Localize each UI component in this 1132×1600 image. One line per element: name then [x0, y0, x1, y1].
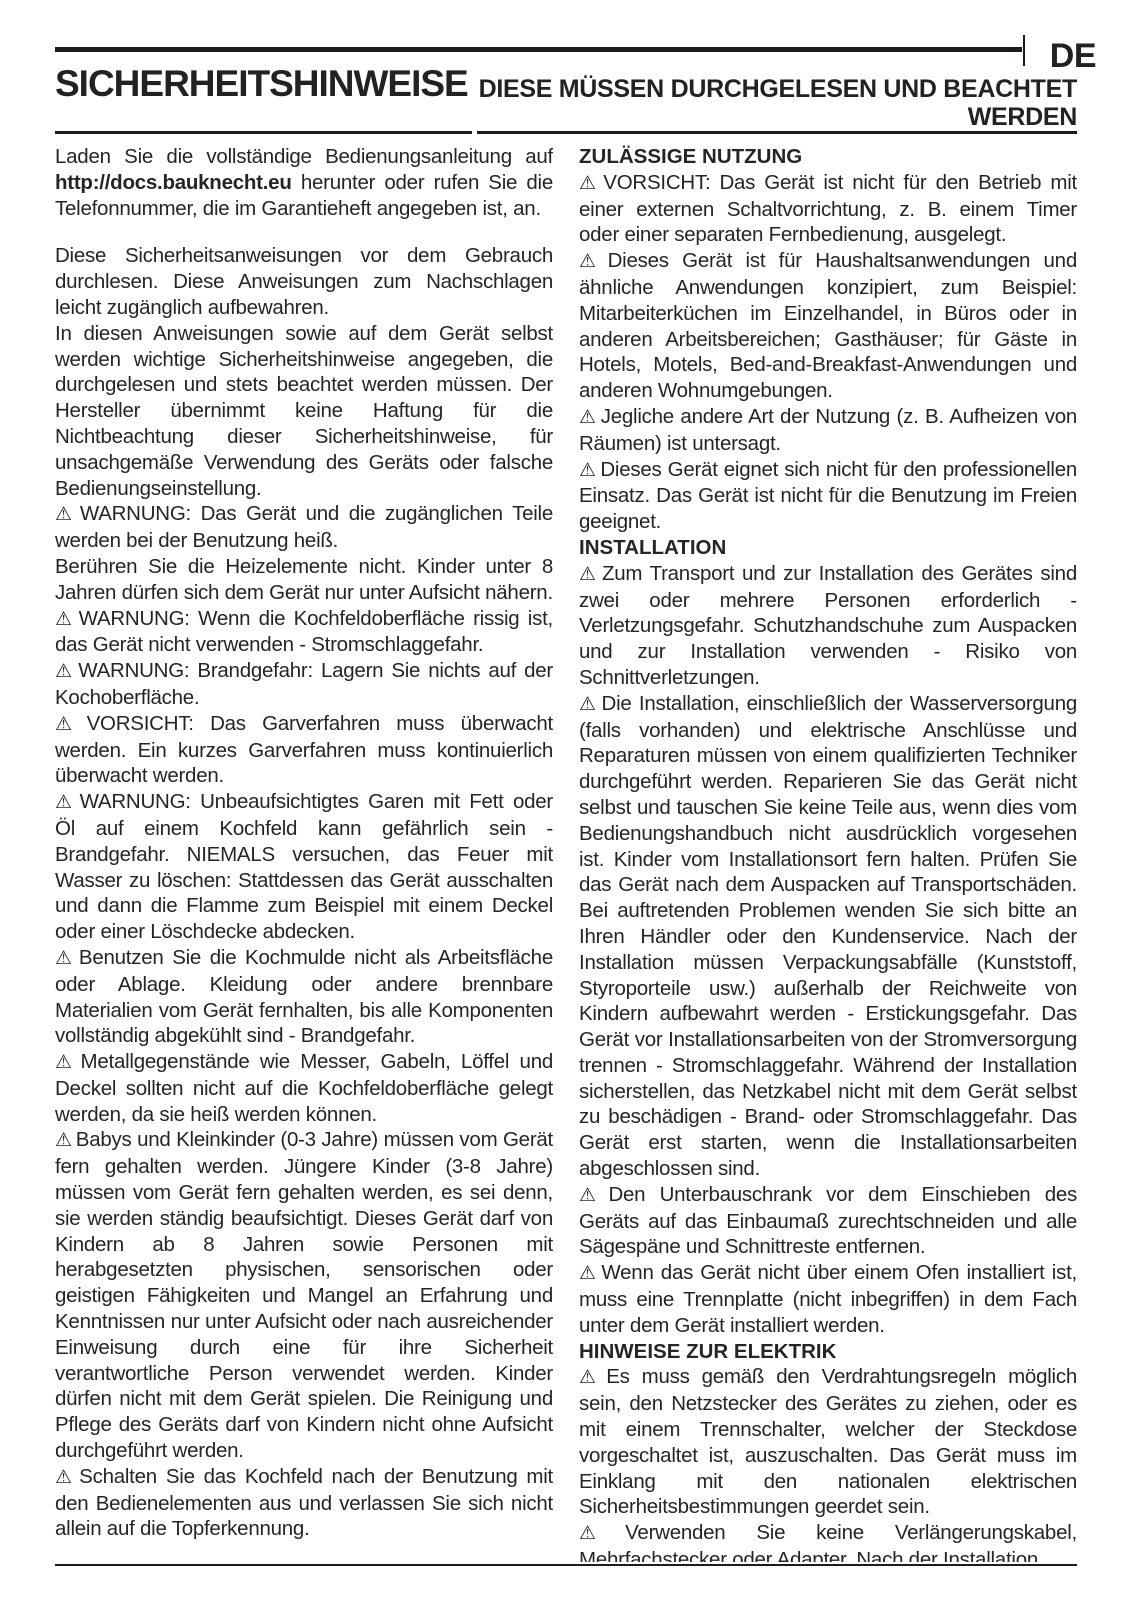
- intro-paragraph: Laden Sie die vollständige Bedienungsanl…: [55, 144, 553, 221]
- warning-text: Dieses Gerät eignet sich nicht für den p…: [579, 458, 1077, 534]
- header-rule-right-segment: [477, 131, 1077, 134]
- warning-text: Metallgegenstände wie Messer, Gabeln, Lö…: [55, 1050, 553, 1126]
- warning-text: Wenn das Gerät nicht über einem Ofen ins…: [579, 1261, 1077, 1337]
- warning-text: Es muss gemäß den Verdrahtungsregeln mög…: [579, 1365, 1077, 1518]
- warning-paragraph: ⚠WARNUNG: Wenn die Kochfeldoberfläche ri…: [55, 606, 553, 659]
- warning-paragraph: ⚠Jegliche andere Art der Nutzung (z. B. …: [579, 404, 1077, 457]
- top-rule: [55, 47, 1022, 52]
- paragraph: Diese Sicherheitsanweisungen vor dem Geb…: [55, 243, 553, 320]
- warning-triangle-icon: ⚠: [579, 250, 608, 272]
- warning-paragraph: ⚠Dieses Gerät ist für Haushaltsanwendung…: [579, 248, 1077, 404]
- warning-text: Babys und Kleinkinder (0-3 Jahre) müssen…: [55, 1128, 553, 1462]
- warning-triangle-icon: ⚠: [579, 1522, 625, 1544]
- warning-triangle-icon: ⚠: [55, 713, 87, 735]
- warning-triangle-icon: ⚠: [55, 503, 80, 525]
- warning-triangle-icon: ⚠: [55, 791, 80, 813]
- bottom-rule: [55, 1564, 1077, 1566]
- body-columns: Laden Sie die vollständige Bedienungsanl…: [55, 144, 1077, 1562]
- right-column: ZULÄSSIGE NUTZUNG ⚠VORSICHT: Das Gerät i…: [579, 144, 1077, 1562]
- warning-triangle-icon: ⚠: [55, 1129, 76, 1151]
- warning-paragraph: ⚠Zum Transport und zur Installation des …: [579, 561, 1077, 691]
- warning-triangle-icon: ⚠: [579, 1184, 608, 1206]
- top-rule-end-tick: [1023, 35, 1025, 66]
- warning-text: VORSICHT: Das Gerät ist nicht für den Be…: [579, 171, 1077, 247]
- page-subtitle-line-1: DIESE MÜSSEN DURCHGELESEN UND BEACHTET: [479, 75, 1077, 103]
- warning-paragraph: ⚠Metallgegenstände wie Messer, Gabeln, L…: [55, 1049, 553, 1127]
- section-heading-zulaessige-nutzung: ZULÄSSIGE NUTZUNG: [579, 144, 1077, 170]
- warning-paragraph: ⚠WARNUNG: Unbeaufsichtigtes Garen mit Fe…: [55, 789, 553, 945]
- paragraph: Berühren Sie die Heizelemente nicht. Kin…: [55, 554, 553, 606]
- warning-text: Schalten Sie das Kochfeld nach der Benut…: [55, 1465, 553, 1541]
- warning-text: Die Installation, einschließlich der Was…: [579, 692, 1077, 1180]
- warning-text: WARNUNG: Brandgefahr: Lagern Sie nichts …: [55, 659, 553, 709]
- page-title: SICHERHEITSHINWEISE: [55, 63, 468, 105]
- warning-triangle-icon: ⚠: [579, 693, 602, 715]
- warning-text: WARNUNG: Das Gerät und die zugänglichen …: [55, 502, 553, 552]
- warning-text: Dieses Gerät ist für Haushaltsanwendunge…: [579, 249, 1077, 402]
- warning-triangle-icon: ⚠: [55, 947, 79, 969]
- warning-triangle-icon: ⚠: [579, 563, 602, 585]
- warning-paragraph: ⚠Den Unterbauschrank vor dem Einschieben…: [579, 1182, 1077, 1260]
- warning-text: Den Unterbauschrank vor dem Einschieben …: [579, 1183, 1077, 1259]
- paragraph: In diesen Anweisungen sowie auf dem Gerä…: [55, 321, 553, 502]
- warning-paragraph: ⚠Die Installation, einschließlich der Wa…: [579, 691, 1077, 1182]
- warning-text: WARNUNG: Unbeaufsichtigtes Garen mit Fet…: [55, 790, 553, 943]
- warning-paragraph: ⚠Benutzen Sie die Kochmulde nicht als Ar…: [55, 945, 553, 1049]
- warning-triangle-icon: ⚠: [579, 459, 600, 481]
- warning-paragraph: ⚠VORSICHT: Das Garverfahren muss überwac…: [55, 711, 553, 789]
- warning-paragraph: ⚠Es muss gemäß den Verdrahtungsregeln mö…: [579, 1364, 1077, 1520]
- warning-paragraph: ⚠WARNUNG: Das Gerät und die zugänglichen…: [55, 501, 553, 554]
- warning-paragraph: ⚠Dieses Gerät eignet sich nicht für den …: [579, 457, 1077, 535]
- language-code-badge: DE: [1050, 37, 1096, 76]
- warning-paragraph: ⚠VORSICHT: Das Gerät ist nicht für den B…: [579, 170, 1077, 248]
- warning-text: Benutzen Sie die Kochmulde nicht als Arb…: [55, 946, 553, 1047]
- manual-safety-page: DE SICHERHEITSHINWEISE DIESE MÜSSEN DURC…: [0, 0, 1132, 1600]
- warning-triangle-icon: ⚠: [55, 1051, 81, 1073]
- warning-paragraph: ⚠Verwenden Sie keine Verlängerungskabel,…: [579, 1520, 1077, 1562]
- warning-text: WARNUNG: Wenn die Kochfeldoberfläche ris…: [55, 607, 553, 657]
- warning-paragraph: ⚠Babys und Kleinkinder (0-3 Jahre) müsse…: [55, 1127, 553, 1463]
- warning-triangle-icon: ⚠: [579, 1366, 606, 1388]
- warning-triangle-icon: ⚠: [55, 1466, 79, 1488]
- warning-paragraph: ⚠Schalten Sie das Kochfeld nach der Benu…: [55, 1464, 553, 1542]
- warning-text: VORSICHT: Das Garverfahren muss überwach…: [55, 712, 553, 788]
- manual-download-url: http://docs.bauknecht.eu: [55, 171, 292, 194]
- paragraph-spacer: [55, 221, 553, 243]
- warning-triangle-icon: ⚠: [55, 608, 79, 630]
- intro-text-before: Laden Sie die vollständige Bedienungsanl…: [55, 145, 553, 168]
- header-rule-left-segment: [55, 131, 472, 134]
- page-subtitle-line-2: WERDEN: [479, 103, 1077, 131]
- warning-triangle-icon: ⚠: [579, 172, 603, 194]
- left-column: Laden Sie die vollständige Bedienungsanl…: [55, 144, 553, 1562]
- warning-triangle-icon: ⚠: [579, 406, 601, 428]
- warning-text: Jegliche andere Art der Nutzung (z. B. A…: [579, 405, 1077, 455]
- warning-text: Zum Transport und zur Installation des G…: [579, 562, 1077, 689]
- warning-paragraph: ⚠Wenn das Gerät nicht über einem Ofen in…: [579, 1260, 1077, 1338]
- section-heading-installation: INSTALLATION: [579, 535, 1077, 561]
- warning-text: Verwenden Sie keine Verlängerungskabel, …: [579, 1521, 1077, 1562]
- page-subtitle: DIESE MÜSSEN DURCHGELESEN UND BEACHTET W…: [479, 75, 1077, 131]
- warning-triangle-icon: ⚠: [579, 1262, 601, 1284]
- warning-paragraph: ⚠WARNUNG: Brandgefahr: Lagern Sie nichts…: [55, 658, 553, 711]
- warning-triangle-icon: ⚠: [55, 660, 78, 682]
- section-heading-hinweise-zur-elektrik: HINWEISE ZUR ELEKTRIK: [579, 1339, 1077, 1365]
